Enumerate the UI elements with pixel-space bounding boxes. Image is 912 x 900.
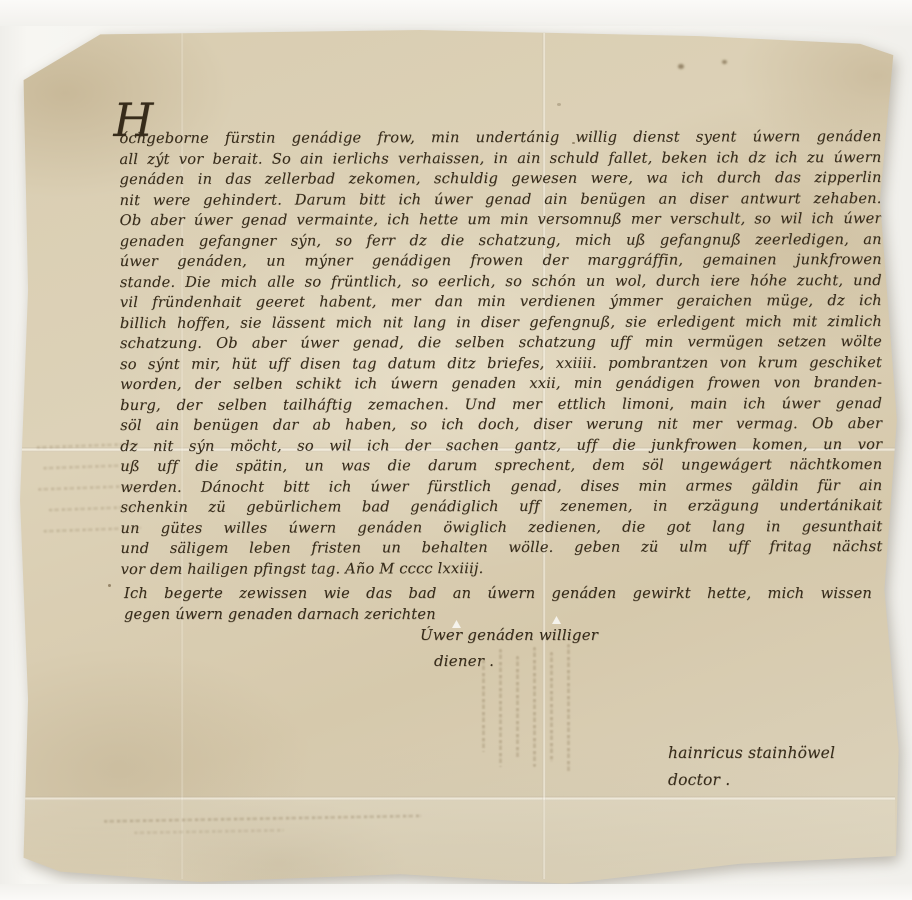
postscript-block: Ich begerte zewissen wie das bad an úwer… — [124, 584, 872, 625]
manuscript-line: úwer genáden, un mýner genádigen frowen … — [120, 250, 882, 272]
bleed-through-marginal — [36, 424, 152, 551]
manuscript-line: burg, der selben tailháftig zemachen. Un… — [120, 394, 882, 416]
stain-spot — [722, 60, 727, 64]
ink-speck — [557, 103, 561, 106]
letter-text-block: Hóchgeborne fürstin genádige frow, min u… — [119, 127, 882, 580]
signature-name: hainricus stainhöwel — [668, 740, 835, 767]
bleed-through-scribble — [104, 805, 435, 844]
manuscript-line: nit were gehindert. Darum bitt ich úwer … — [120, 189, 882, 211]
manuscript-line: genaden gefangner sýn, so ferr dz die sc… — [120, 230, 882, 252]
manuscript-line: schenkin zü gebürlichem bad genádiglich … — [120, 496, 882, 518]
bleed-through-writing — [434, 644, 584, 814]
manuscript-paper: Hóchgeborne fürstin genádige frow, min u… — [12, 24, 904, 888]
postscript-line: Ich begerte zewissen wie das bad an úwer… — [124, 584, 872, 605]
signature-block: hainricus stainhöwel doctor . — [668, 740, 835, 794]
manuscript-line: Ob aber úwer genad vermainte, ich hette … — [120, 209, 882, 231]
manuscript-line: schatzung. Ob aber úwer genad, die selbe… — [120, 332, 882, 354]
scanner-background: Hóchgeborne fürstin genádige frow, min u… — [0, 0, 912, 900]
manuscript-line: genáden in das zellerbad zekomen, schuld… — [120, 168, 882, 190]
manuscript-line: stande. Die mich alle so früntlich, so e… — [120, 271, 882, 293]
manuscript-line: so sýnt mir, hüt uff disen tag datum dit… — [120, 353, 882, 375]
stain-spot — [678, 64, 684, 69]
manuscript-line: vil fründenhait geeret habent, mer dan m… — [120, 291, 882, 313]
manuscript-line: all zýt vor berait. So ain ierlichs verh… — [119, 148, 881, 170]
manuscript-line: un gütes willes úwern genáden öwiglich z… — [120, 517, 882, 539]
manuscript-line: Hóchgeborne fürstin genádige frow, min u… — [119, 127, 881, 149]
manuscript-line: worden, der selben schikt ich úwern gena… — [120, 373, 882, 395]
manuscript-paper-wrap: Hóchgeborne fürstin genádige frow, min u… — [0, 0, 892, 864]
signature-title: doctor . — [668, 767, 835, 794]
manuscript-line: vor dem hailigen pfingst tag. Año M cccc… — [121, 558, 883, 580]
manuscript-line: und säligem leben fristen un behalten wö… — [120, 537, 882, 559]
manuscript-line: uß uff die spätin, un was die darum spre… — [120, 455, 882, 477]
manuscript-line: werden. Dánocht bitt ich úwer fürstlich … — [120, 476, 882, 498]
ink-speck — [108, 584, 111, 587]
manuscript-line: söl ain benügen dar ab haben, so ich doc… — [120, 414, 882, 436]
manuscript-line: billich hoffen, sie lässent mich nit lan… — [120, 312, 882, 334]
manuscript-line: dz nit sýn möcht, so wil ich der sachen … — [120, 435, 882, 457]
